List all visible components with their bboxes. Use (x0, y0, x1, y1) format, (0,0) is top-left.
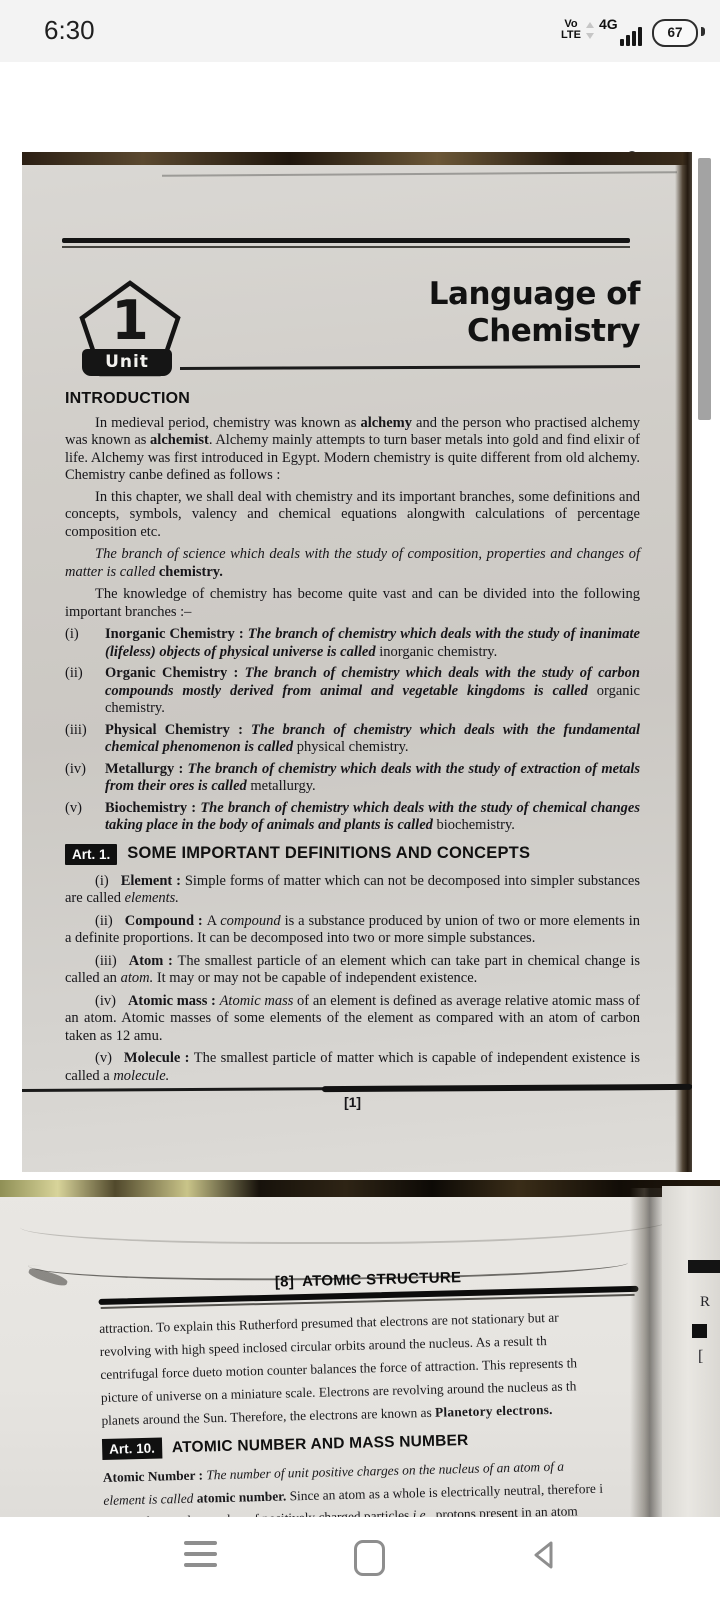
term-lead: Molecule : (124, 1050, 194, 1066)
atomic-number-paragraph: Atomic Number : The number of unit posit… (103, 1454, 652, 1517)
text-run-italic: Atomic mass (220, 993, 294, 1009)
term-name: biochemistry. (437, 817, 515, 833)
nav-back-button[interactable] (528, 1539, 560, 1571)
list-item-physical: (iii) Physical Chemistry : The branch of… (65, 722, 640, 757)
page2-dark-top-edge (0, 1180, 720, 1197)
term-lead: Biochemistry : (105, 800, 200, 816)
definition-atomic-mass: (iv)Atomic mass : Atomic mass of an elem… (65, 993, 640, 1046)
text-run: Since an atom as a whole is electrically… (286, 1480, 603, 1503)
list-item-inorganic: (i) Inorganic Chemistry : The branch of … (65, 626, 640, 661)
unit-label-tab: Unit (82, 349, 172, 376)
signal-bar-1 (620, 39, 624, 46)
text-run-italic: compound (220, 913, 280, 929)
screen: 6:30 Vo LTE 4G 67 Chemistry (0, 0, 720, 1600)
list-marker: (iii) (65, 722, 105, 757)
paragraph-branches-intro: The knowledge of chemistry has become qu… (65, 586, 640, 621)
sliver-bracket: [ (698, 1348, 703, 1366)
text-run-bold: atomic number. (197, 1488, 287, 1505)
signal-bar-2 (626, 35, 630, 46)
menu-icon-bar (184, 1541, 217, 1545)
scrollbar-thumb[interactable] (698, 158, 711, 420)
page1-dark-top-edge (22, 152, 692, 165)
text-run-italic: The branch of science which deals with t… (65, 546, 640, 580)
article-badge: Art. 1. (65, 844, 117, 865)
sliver-black-bar (688, 1260, 720, 1273)
list-marker: (ii) (65, 665, 105, 718)
text-run: In medieval period, chemistry was known … (95, 415, 360, 431)
text-run-bold: alchemist (150, 432, 209, 448)
page-number: [1] (65, 1094, 640, 1112)
list-text: Metallurgy : The branch of chemistry whi… (105, 761, 640, 796)
text-run-bold: Planetory electrons. (435, 1402, 553, 1420)
network-type-label: 4G (599, 16, 618, 32)
list-text: Inorganic Chemistry : The branch of chem… (105, 626, 640, 661)
paragraph-alchemy: In medieval period, chemistry was known … (65, 415, 640, 485)
definition-atom: (iii)Atom : The smallest particle of an … (65, 953, 640, 988)
chapter-title-underline (180, 365, 640, 370)
list-marker: (iii) (95, 953, 129, 969)
text-run: It may or may not be capable of independ… (153, 970, 477, 986)
page1-body-text: INTRODUCTION In medieval period, chemist… (65, 390, 640, 1112)
term-name: physical chemistry. (297, 739, 409, 755)
term-lead: Organic Chemistry : (105, 665, 245, 681)
introduction-heading: INTRODUCTION (65, 390, 640, 408)
article-1-heading: Art. 1. SOME IMPORTANT DEFINITIONS AND C… (65, 844, 640, 865)
text-run-italic: elements. (125, 890, 179, 906)
text-run: planets around the Sun. Therefore, the e… (101, 1405, 435, 1428)
definition-compound: (ii)Compound : A compound is a substance… (65, 913, 640, 948)
sliver-black-mark (692, 1324, 707, 1338)
textbook-page-1-image[interactable]: 1 Unit Language of Chemistry INTRODUCTIO… (22, 152, 692, 1172)
term-lead: Atomic mass : (128, 993, 220, 1009)
list-marker: (ii) (95, 913, 125, 929)
battery-nub (701, 27, 705, 36)
section-number: [8] (275, 1273, 295, 1290)
clock: 6:30 (44, 16, 95, 44)
paragraph-chemistry-definition: The branch of science which deals with t… (65, 546, 640, 581)
term-name: inorganic chemistry. (379, 644, 497, 660)
list-marker: (i) (65, 626, 105, 661)
text-run-italic: element is called (103, 1490, 197, 1507)
page1-double-rule-thick (62, 238, 630, 243)
rutherford-paragraph: attraction. To explain this Rutherford p… (99, 1304, 650, 1432)
signal-bar-4 (638, 27, 642, 46)
menu-icon-bar (184, 1563, 217, 1567)
nav-home-button[interactable] (354, 1540, 385, 1576)
list-marker: (iv) (95, 993, 128, 1009)
unit-number: 1 (78, 292, 182, 350)
list-marker: (i) (95, 873, 121, 889)
text-run-bold: chemistry. (159, 564, 223, 580)
sliver-letter: R (700, 1294, 710, 1311)
menu-icon-bar (184, 1552, 217, 1556)
signal-strength-icon (620, 26, 644, 46)
page2-body-text: [8]ATOMIC STRUCTURE attraction. To expla… (98, 1265, 652, 1517)
list-text: Physical Chemistry : The branch of chemi… (105, 722, 640, 757)
signal-bar-3 (632, 31, 636, 46)
text-run-italic: i.e., (412, 1507, 432, 1517)
list-item-biochemistry: (v) Biochemistry : The branch of chemist… (65, 800, 640, 835)
page2-next-page-sliver (662, 1186, 720, 1517)
app-header: Chemistry (0, 62, 720, 142)
page1-faint-top-rule (162, 171, 677, 177)
status-bar: 6:30 Vo LTE 4G 67 (0, 0, 720, 62)
arrow-up-icon (586, 22, 594, 28)
text-run: A (207, 913, 221, 929)
definition-element: (i)Element : Simple forms of matter whic… (65, 873, 640, 908)
nav-menu-button[interactable] (184, 1541, 217, 1567)
paragraph-chapter-scope: In this chapter, we shall deal with chem… (65, 489, 640, 542)
text-run-italic: molecule. (113, 1068, 169, 1084)
battery-icon: 67 (652, 19, 698, 47)
text-run-italic: atom. (121, 970, 154, 986)
term-name: metallurgy. (250, 778, 315, 794)
text-run-italic: The number of unit positive charges on t… (206, 1459, 564, 1483)
term-lead: Inorganic Chemistry : (105, 626, 248, 642)
chapter-title-line1: Language of (429, 276, 640, 313)
list-marker: (v) (95, 1050, 124, 1066)
chapter-title-line2: Chemistry (429, 313, 640, 350)
textbook-page-2-image[interactable]: [8]ATOMIC STRUCTURE attraction. To expla… (0, 1180, 720, 1517)
definition-molecule: (v)Molecule : The smallest particle of m… (65, 1050, 640, 1085)
article-title: ATOMIC NUMBER AND MASS NUMBER (172, 1432, 469, 1457)
section-title: ATOMIC STRUCTURE (302, 1269, 462, 1290)
list-item-metallurgy: (iv) Metallurgy : The branch of chemistr… (65, 761, 640, 796)
nav-back-triangle-icon (528, 1539, 560, 1571)
term-lead: Atomic Number : (103, 1467, 207, 1485)
volte-icon: Vo LTE (561, 19, 581, 41)
term-lead: Metallurgy : (105, 761, 188, 777)
term-lead: Atom : (129, 953, 178, 969)
chapter-title: Language of Chemistry (429, 276, 640, 350)
page1-double-rule-thin (62, 246, 630, 248)
list-marker: (v) (65, 800, 105, 835)
term-lead: Compound : (125, 913, 207, 929)
list-item-organic: (ii) Organic Chemistry : The branch of c… (65, 665, 640, 718)
term-lead: Element : (121, 873, 185, 889)
page2-fold-shadow (630, 1188, 664, 1517)
article-badge: Art. 10. (102, 1437, 162, 1459)
data-transfer-arrows-icon (586, 22, 594, 42)
list-text: Biochemistry : The branch of chemistry w… (105, 800, 640, 835)
list-text: Organic Chemistry : The branch of chemis… (105, 665, 640, 718)
arrow-down-icon (586, 33, 594, 39)
page2-curved-edge-line (20, 1216, 680, 1244)
article-title: SOME IMPORTANT DEFINITIONS AND CONCEPTS (127, 845, 530, 863)
term-lead: Physical Chemistry : (105, 722, 251, 738)
volte-icon-bottom: LTE (561, 30, 581, 41)
list-marker: (iv) (65, 761, 105, 796)
text-run-bold: alchemy (360, 415, 412, 431)
text-run: protons present in an atom (432, 1503, 578, 1517)
page1-dark-right-edge (675, 152, 692, 1172)
